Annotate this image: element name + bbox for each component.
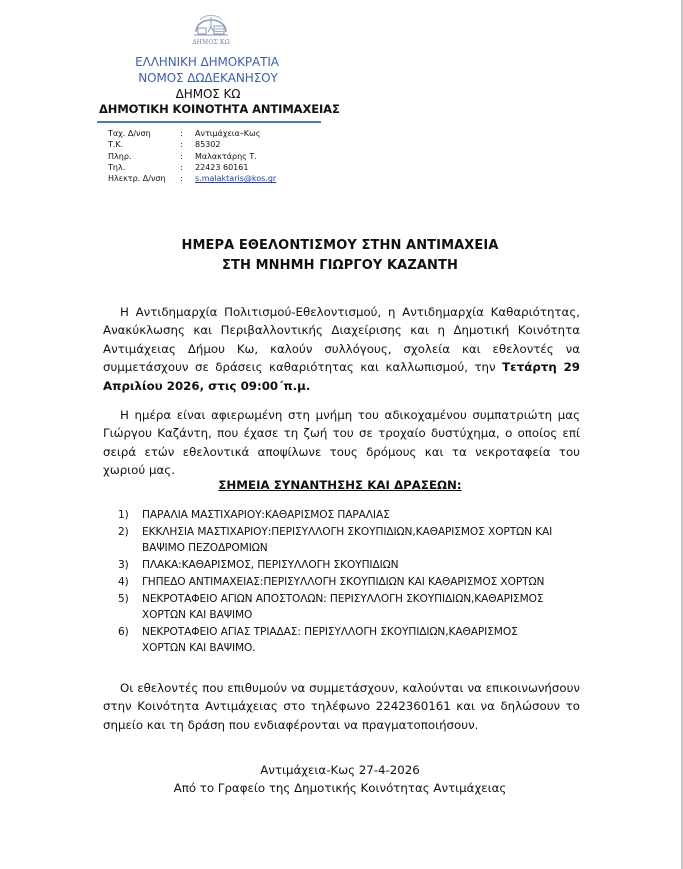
signature-office: Από το Γραφείο της Δημοτικής Κοινότητας … [100,779,580,797]
municipality-logo: ΔΗΜΟΣ ΚΩ [188,8,234,48]
contact-value: 22423 60161 [195,162,248,173]
list-text: ΕΚΚΛΗΣΙΑ ΜΑΣΤΙΧΑΡΙΟΥ:ΠΕΡΙΣΥΛΛΟΓΗ ΣΚΟΥΠΙΔ… [142,524,558,556]
contact-separator: : [180,139,195,150]
list-number: 3) [118,557,142,573]
dedication-paragraph: Η ημέρα είναι αφιερωμένη στη μνήμη του α… [103,406,580,480]
list-text: ΝΕΚΡΟΤΑΦΕΙΟ ΑΓΙΑΣ ΤΡΙΑΔΑΣ: ΠΕΡΙΣΥΛΛΟΓΗ Σ… [142,624,558,656]
contact-row-address: Ταχ. Δ/νση : Αντιμάχεια–Κως [108,128,276,139]
contact-separator: : [180,151,195,162]
logo-emblem-icon [188,8,234,40]
header-municipality: ΔΗΜΟΣ ΚΩ [128,87,288,101]
contact-row-person: Πληρ. : Μαλακτάρης Τ. [108,151,276,162]
place-date: Αντιμάχεια-Κως 27-4-2026 [100,761,580,779]
list-item: 2)ΕΚΚΛΗΣΙΑ ΜΑΣΤΙΧΑΡΙΟΥ:ΠΕΡΙΣΥΛΛΟΓΗ ΣΚΟΥΠ… [118,524,558,556]
contact-row-email: Ηλεκτρ. Δ/νση : s.malaktaris@kos.gr [108,173,276,184]
list-item: 6)ΝΕΚΡΟΤΑΦΕΙΟ ΑΓΙΑΣ ΤΡΙΑΔΑΣ: ΠΕΡΙΣΥΛΛΟΓΗ… [118,624,558,656]
list-text: ΠΛΑΚΑ:ΚΑΘΑΡΙΣΜΟΣ, ΠΕΡΙΣΥΛΛΟΓΗ ΣΚΟΥΠΙΔΙΩΝ [142,557,558,573]
list-text: ΠΑΡΑΛΙΑ ΜΑΣΤΙΧΑΡΙΟΥ:ΚΑΘΑΡΙΣΜΟΣ ΠΑΡΑΛΙΑΣ [142,507,558,523]
contact-label: Πληρ. [108,151,180,162]
list-text: ΓΗΠΕΔΟ ΑΝΤΙΜΑΧΕΙΑΣ:ΠΕΡΙΣΥΛΛΟΓΗ ΣΚΟΥΠΙΔΙΩ… [142,574,558,590]
contact-text: Οι εθελοντές που επιθυμούν να συμμετάσχο… [103,679,580,734]
document-subtitle: ΣΤΗ ΜΝΗΜΗ ΓΙΩΡΓΟΥ ΚΑΖΑΝΤΗ [100,258,580,273]
contact-label: Τ.Κ. [108,139,180,150]
list-number: 2) [118,524,142,556]
list-item: 4)ΓΗΠΕΔΟ ΑΝΤΙΜΑΧΕΙΑΣ:ΠΕΡΙΣΥΛΛΟΓΗ ΣΚΟΥΠΙΔ… [118,574,558,590]
header-prefecture: ΝΟΜΟΣ ΔΩΔΕΚΑΝΗΣΟΥ [128,71,288,85]
contact-row-postcode: Τ.Κ. : 85302 [108,139,276,150]
header-community: ΔΗΜΟΤΙΚΗ ΚΟΙΝΟΤΗΤΑ ΑΝΤΙΜΑΧΕΙΑΣ [99,102,319,116]
contact-value: Μαλακτάρης Τ. [195,151,257,162]
contact-separator: : [180,173,195,184]
contact-label: Ταχ. Δ/νση [108,128,180,139]
document-title: ΗΜΕΡΑ ΕΘΕΛΟΝΤΙΣΜΟΥ ΣΤΗΝ ΑΝΤΙΜΑΧΕΙΑ [100,238,580,253]
contact-row-phone: Τηλ. : 22423 60161 [108,162,276,173]
contact-block: Ταχ. Δ/νση : Αντιμάχεια–Κως Τ.Κ. : 85302… [108,128,276,184]
list-number: 1) [118,507,142,523]
contact-paragraph: Οι εθελοντές που επιθυμούν να συμμετάσχο… [103,679,580,734]
invitation-paragraph: Η Αντιδημαρχία Πολιτισμού-Εθελοντισμού, … [103,303,580,395]
list-item: 3)ΠΛΑΚΑ:ΚΑΘΑΡΙΣΜΟΣ, ΠΕΡΙΣΥΛΛΟΓΗ ΣΚΟΥΠΙΔΙ… [118,557,558,573]
contact-value: 85302 [195,139,220,150]
dedication-text: Η ημέρα είναι αφιερωμένη στη μνήμη του α… [103,406,580,480]
header-republic: ΕΛΛΗΝΙΚΗ ΔΗΜΟΚΡΑΤΙΑ [127,55,287,69]
list-item: 5)ΝΕΚΡΟΤΑΦΕΙΟ ΑΓΙΩΝ ΑΠΟΣΤΟΛΩΝ: ΠΕΡΙΣΥΛΛΟ… [118,591,558,623]
section-heading: ΣΗΜΕΙΑ ΣΥΝΑΝΤΗΣΗΣ ΚΑΙ ΔΡΑΣΕΩΝ: [100,478,580,492]
contact-value: Αντιμάχεια–Κως [195,128,260,139]
list-text: ΝΕΚΡΟΤΑΦΕΙΟ ΑΓΙΩΝ ΑΠΟΣΤΟΛΩΝ: ΠΕΡΙΣΥΛΛΟΓΗ… [142,591,558,623]
list-item: 1)ΠΑΡΑΛΙΑ ΜΑΣΤΙΧΑΡΙΟΥ:ΚΑΘΑΡΙΣΜΟΣ ΠΑΡΑΛΙΑ… [118,507,558,523]
list-number: 6) [118,624,142,656]
contact-label: Τηλ. [108,162,180,173]
contact-separator: : [180,162,195,173]
contact-label: Ηλεκτρ. Δ/νση [108,173,180,184]
locations-list: 1)ΠΑΡΑΛΙΑ ΜΑΣΤΙΧΑΡΙΟΥ:ΚΑΘΑΡΙΣΜΟΣ ΠΑΡΑΛΙΑ… [118,507,558,657]
contact-separator: : [180,128,195,139]
header-divider [97,121,321,123]
logo-caption: ΔΗΜΟΣ ΚΩ [188,39,234,46]
list-number: 4) [118,574,142,590]
email-link[interactable]: s.malaktaris@kos.gr [195,174,276,183]
list-number: 5) [118,591,142,623]
